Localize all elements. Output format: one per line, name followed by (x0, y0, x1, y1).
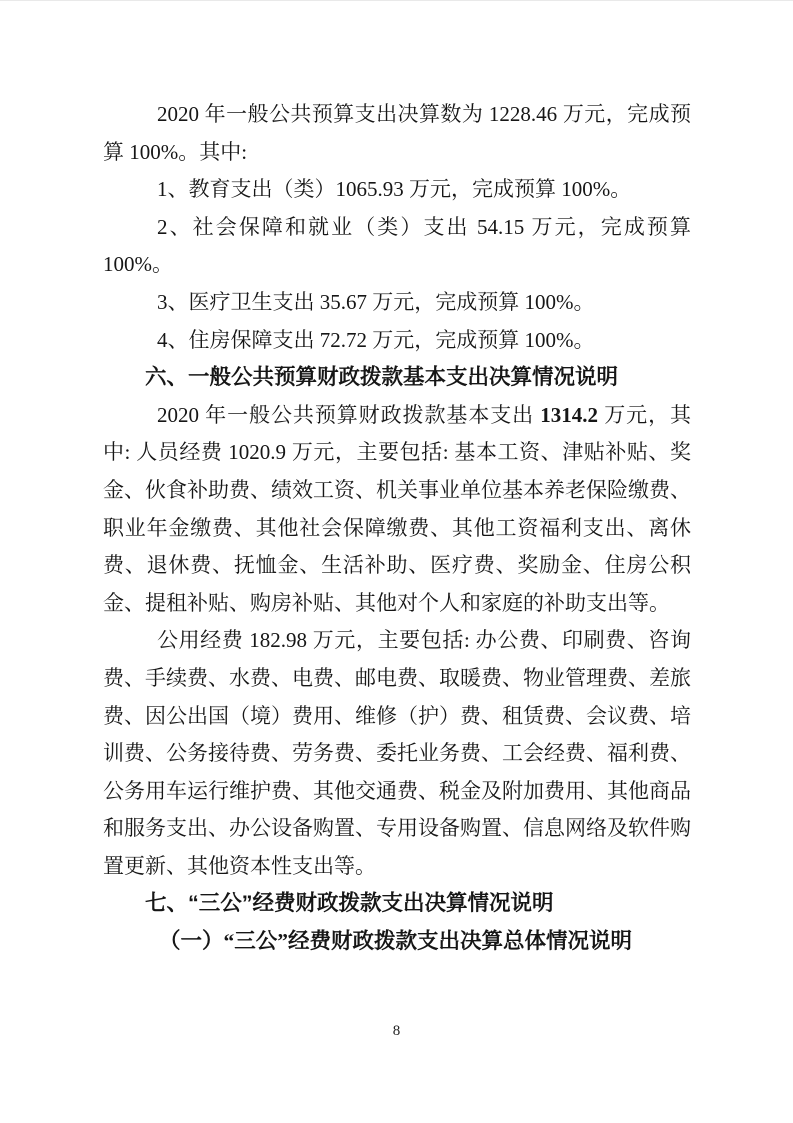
document-page: 2020 年一般公共预算支出决算数为 1228.46 万元，完成预算 100%。… (0, 0, 793, 1123)
paragraph-basic-expenditure-pre: 2020 年一般公共预算财政拨款基本支出 (157, 403, 540, 427)
list-item-housing-expenditure: 4、住房保障支出 72.72 万元，完成预算 100%。 (103, 322, 691, 360)
section-heading-seven: 七、“三公”经费财政拨款支出决算情况说明 (103, 885, 691, 923)
paragraph-basic-expenditure-post: 万元，其中: 人员经费 1020.9 万元，主要包括: 基本工资、津贴补贴、奖金… (103, 403, 691, 615)
list-item-medical-expenditure: 3、医疗卫生支出 35.67 万元，完成预算 100%。 (103, 284, 691, 322)
paragraph-expenditure-total: 2020 年一般公共预算支出决算数为 1228.46 万元，完成预算 100%。… (103, 96, 691, 171)
basic-expenditure-amount: 1314.2 (540, 403, 598, 427)
subsection-heading-seven-one: （一）“三公”经费财政拨款支出决算总体情况说明 (103, 923, 691, 961)
document-body: 2020 年一般公共预算支出决算数为 1228.46 万元，完成预算 100%。… (103, 96, 691, 961)
paragraph-basic-expenditure: 2020 年一般公共预算财政拨款基本支出 1314.2 万元，其中: 人员经费 … (103, 397, 691, 623)
list-item-social-security-expenditure: 2、社会保障和就业（类）支出 54.15 万元，完成预算 100%。 (103, 209, 691, 284)
section-heading-six: 六、一般公共预算财政拨款基本支出决算情况说明 (103, 359, 691, 397)
paragraph-public-funds: 公用经费 182.98 万元，主要包括: 办公费、印刷费、咨询费、手续费、水费、… (103, 622, 691, 885)
page-number: 8 (0, 1023, 793, 1040)
list-item-education-expenditure: 1、教育支出（类）1065.93 万元，完成预算 100%。 (103, 171, 691, 209)
